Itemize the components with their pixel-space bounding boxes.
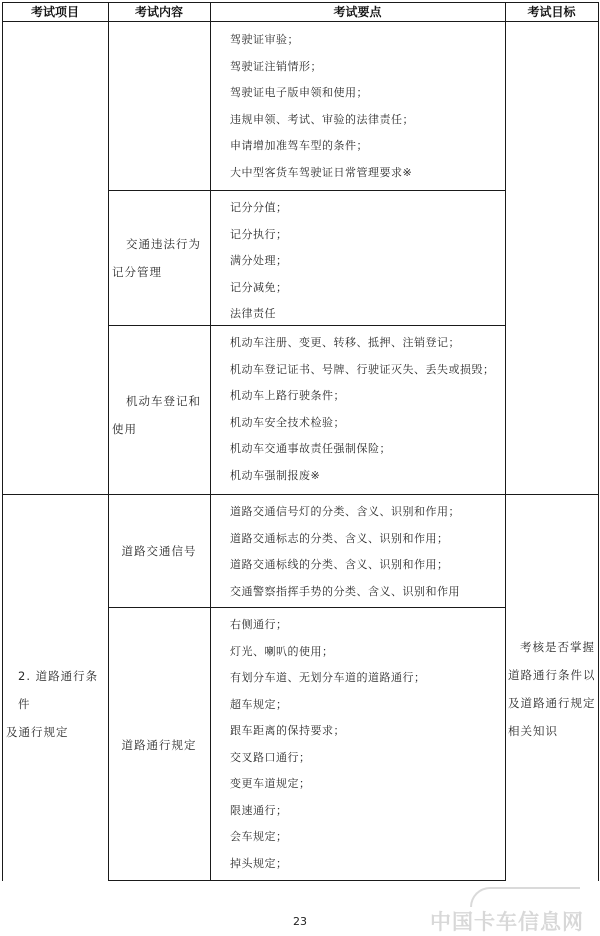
list-item: 机动车登记证书、号牌、行驶证灭失、丢失或损毁；: [230, 357, 500, 384]
list-item: 满分处理；: [230, 248, 500, 275]
middle-bottom-border: [108, 880, 506, 881]
content-cell-traffic-rules: 道路通行规定: [108, 731, 210, 759]
list-item: 记分执行；: [230, 222, 500, 249]
col2-divider: [210, 2, 211, 881]
header-exam-content: 考试内容: [108, 2, 210, 21]
list-item: 有划分车道、无划分车道的道路通行；: [230, 665, 500, 692]
list-item: 记分减免；: [230, 275, 500, 302]
points-list-vehicle-registration: 机动车注册、变更、转移、抵押、注销登记； 机动车登记证书、号牌、行驶证灭失、丢失…: [230, 330, 500, 489]
row-divider-1: [108, 190, 506, 191]
content-line: 机动车登记和: [112, 387, 208, 415]
document-page: 考试项目 考试内容 考试要点 考试目标 驾驶证审验； 驾驶证注销情形； 驾驶证电…: [0, 0, 600, 936]
content-line: 记分管理: [112, 258, 208, 286]
target-line: 考核是否掌握: [508, 633, 598, 661]
list-item: 机动车交通事故责任强制保险；: [230, 436, 500, 463]
row-divider-3: [108, 607, 506, 608]
list-item: 跟车距离的保持要求；: [230, 718, 500, 745]
col3-divider: [505, 2, 506, 881]
exam-target-road-traffic: 考核是否掌握 道路通行条件以 及道路通行规定 相关知识: [508, 633, 598, 745]
watermark-truck-logo-icon: [470, 887, 580, 907]
list-item: 道路交通信号灯的分类、含义、识别和作用；: [230, 499, 500, 526]
item-line: 及通行规定: [6, 718, 106, 746]
list-item: 申请增加准驾车型的条件；: [230, 133, 500, 160]
list-item: 道路交通标志的分类、含义、识别和作用；: [230, 526, 500, 553]
list-item: 交通警察指挥手势的分类、含义、识别和作用: [230, 579, 500, 606]
list-item: 驾驶证注销情形；: [230, 54, 500, 81]
list-item: 道路交通标线的分类、含义、识别和作用；: [230, 552, 500, 579]
list-item: 记分分值；: [230, 195, 500, 222]
target-line: 道路通行条件以: [508, 661, 598, 689]
list-item: 法律责任: [230, 301, 500, 328]
header-exam-target: 考试目标: [505, 2, 598, 21]
list-item: 机动车安全技术检验；: [230, 410, 500, 437]
content-cell-vehicle-registration: 机动车登记和 使用: [112, 387, 208, 443]
list-item: 大中型客货车驾驶证日常管理要求※: [230, 160, 500, 187]
points-list-traffic-rules: 右侧通行； 灯光、喇叭的使用； 有划分车道、无划分车道的道路通行； 超车规定； …: [230, 612, 500, 877]
target-line: 相关知识: [508, 717, 598, 745]
points-list-license: 驾驶证审验； 驾驶证注销情形； 驾驶证电子版申领和使用； 违规申领、考试、审验的…: [230, 27, 500, 186]
content-cell-violation-points: 交通违法行为 记分管理: [112, 230, 208, 286]
list-item: 机动车注册、变更、转移、抵押、注销登记；: [230, 330, 500, 357]
content-cell-traffic-signals: 道路交通信号: [108, 537, 210, 565]
watermark-text: 中国卡车信息网: [430, 906, 600, 936]
item-line: 2. 道路通行条件: [6, 662, 106, 718]
list-item: 限速通行；: [230, 798, 500, 825]
list-item: 超车规定；: [230, 692, 500, 719]
points-list-traffic-signals: 道路交通信号灯的分类、含义、识别和作用； 道路交通标志的分类、含义、识别和作用；…: [230, 499, 500, 605]
table-left-border: [2, 2, 3, 881]
list-item: 变更车道规定；: [230, 771, 500, 798]
points-list-violation-points: 记分分值； 记分执行； 满分处理； 记分减免； 法律责任: [230, 195, 500, 328]
list-item: 驾驶证审验；: [230, 27, 500, 54]
list-item: 灯光、喇叭的使用；: [230, 639, 500, 666]
list-item: 右侧通行；: [230, 612, 500, 639]
header-exam-points: 考试要点: [210, 2, 505, 21]
content-line: 交通违法行为: [112, 230, 208, 258]
list-item: 机动车上路行驶条件；: [230, 383, 500, 410]
list-item: 掉头规定；: [230, 851, 500, 878]
list-item: 驾驶证电子版申领和使用；: [230, 80, 500, 107]
block-divider: [2, 494, 599, 495]
content-line: 使用: [112, 415, 208, 443]
exam-item-road-traffic: 2. 道路通行条件 及通行规定: [6, 662, 106, 746]
list-item: 交叉路口通行；: [230, 745, 500, 772]
header-bottom-border: [2, 21, 599, 22]
list-item: 会车规定；: [230, 824, 500, 851]
table-right-border: [598, 2, 599, 881]
header-exam-item: 考试项目: [2, 2, 108, 21]
list-item: 机动车强制报废※: [230, 463, 500, 490]
list-item: 违规申领、考试、审验的法律责任；: [230, 107, 500, 134]
target-line: 及道路通行规定: [508, 689, 598, 717]
